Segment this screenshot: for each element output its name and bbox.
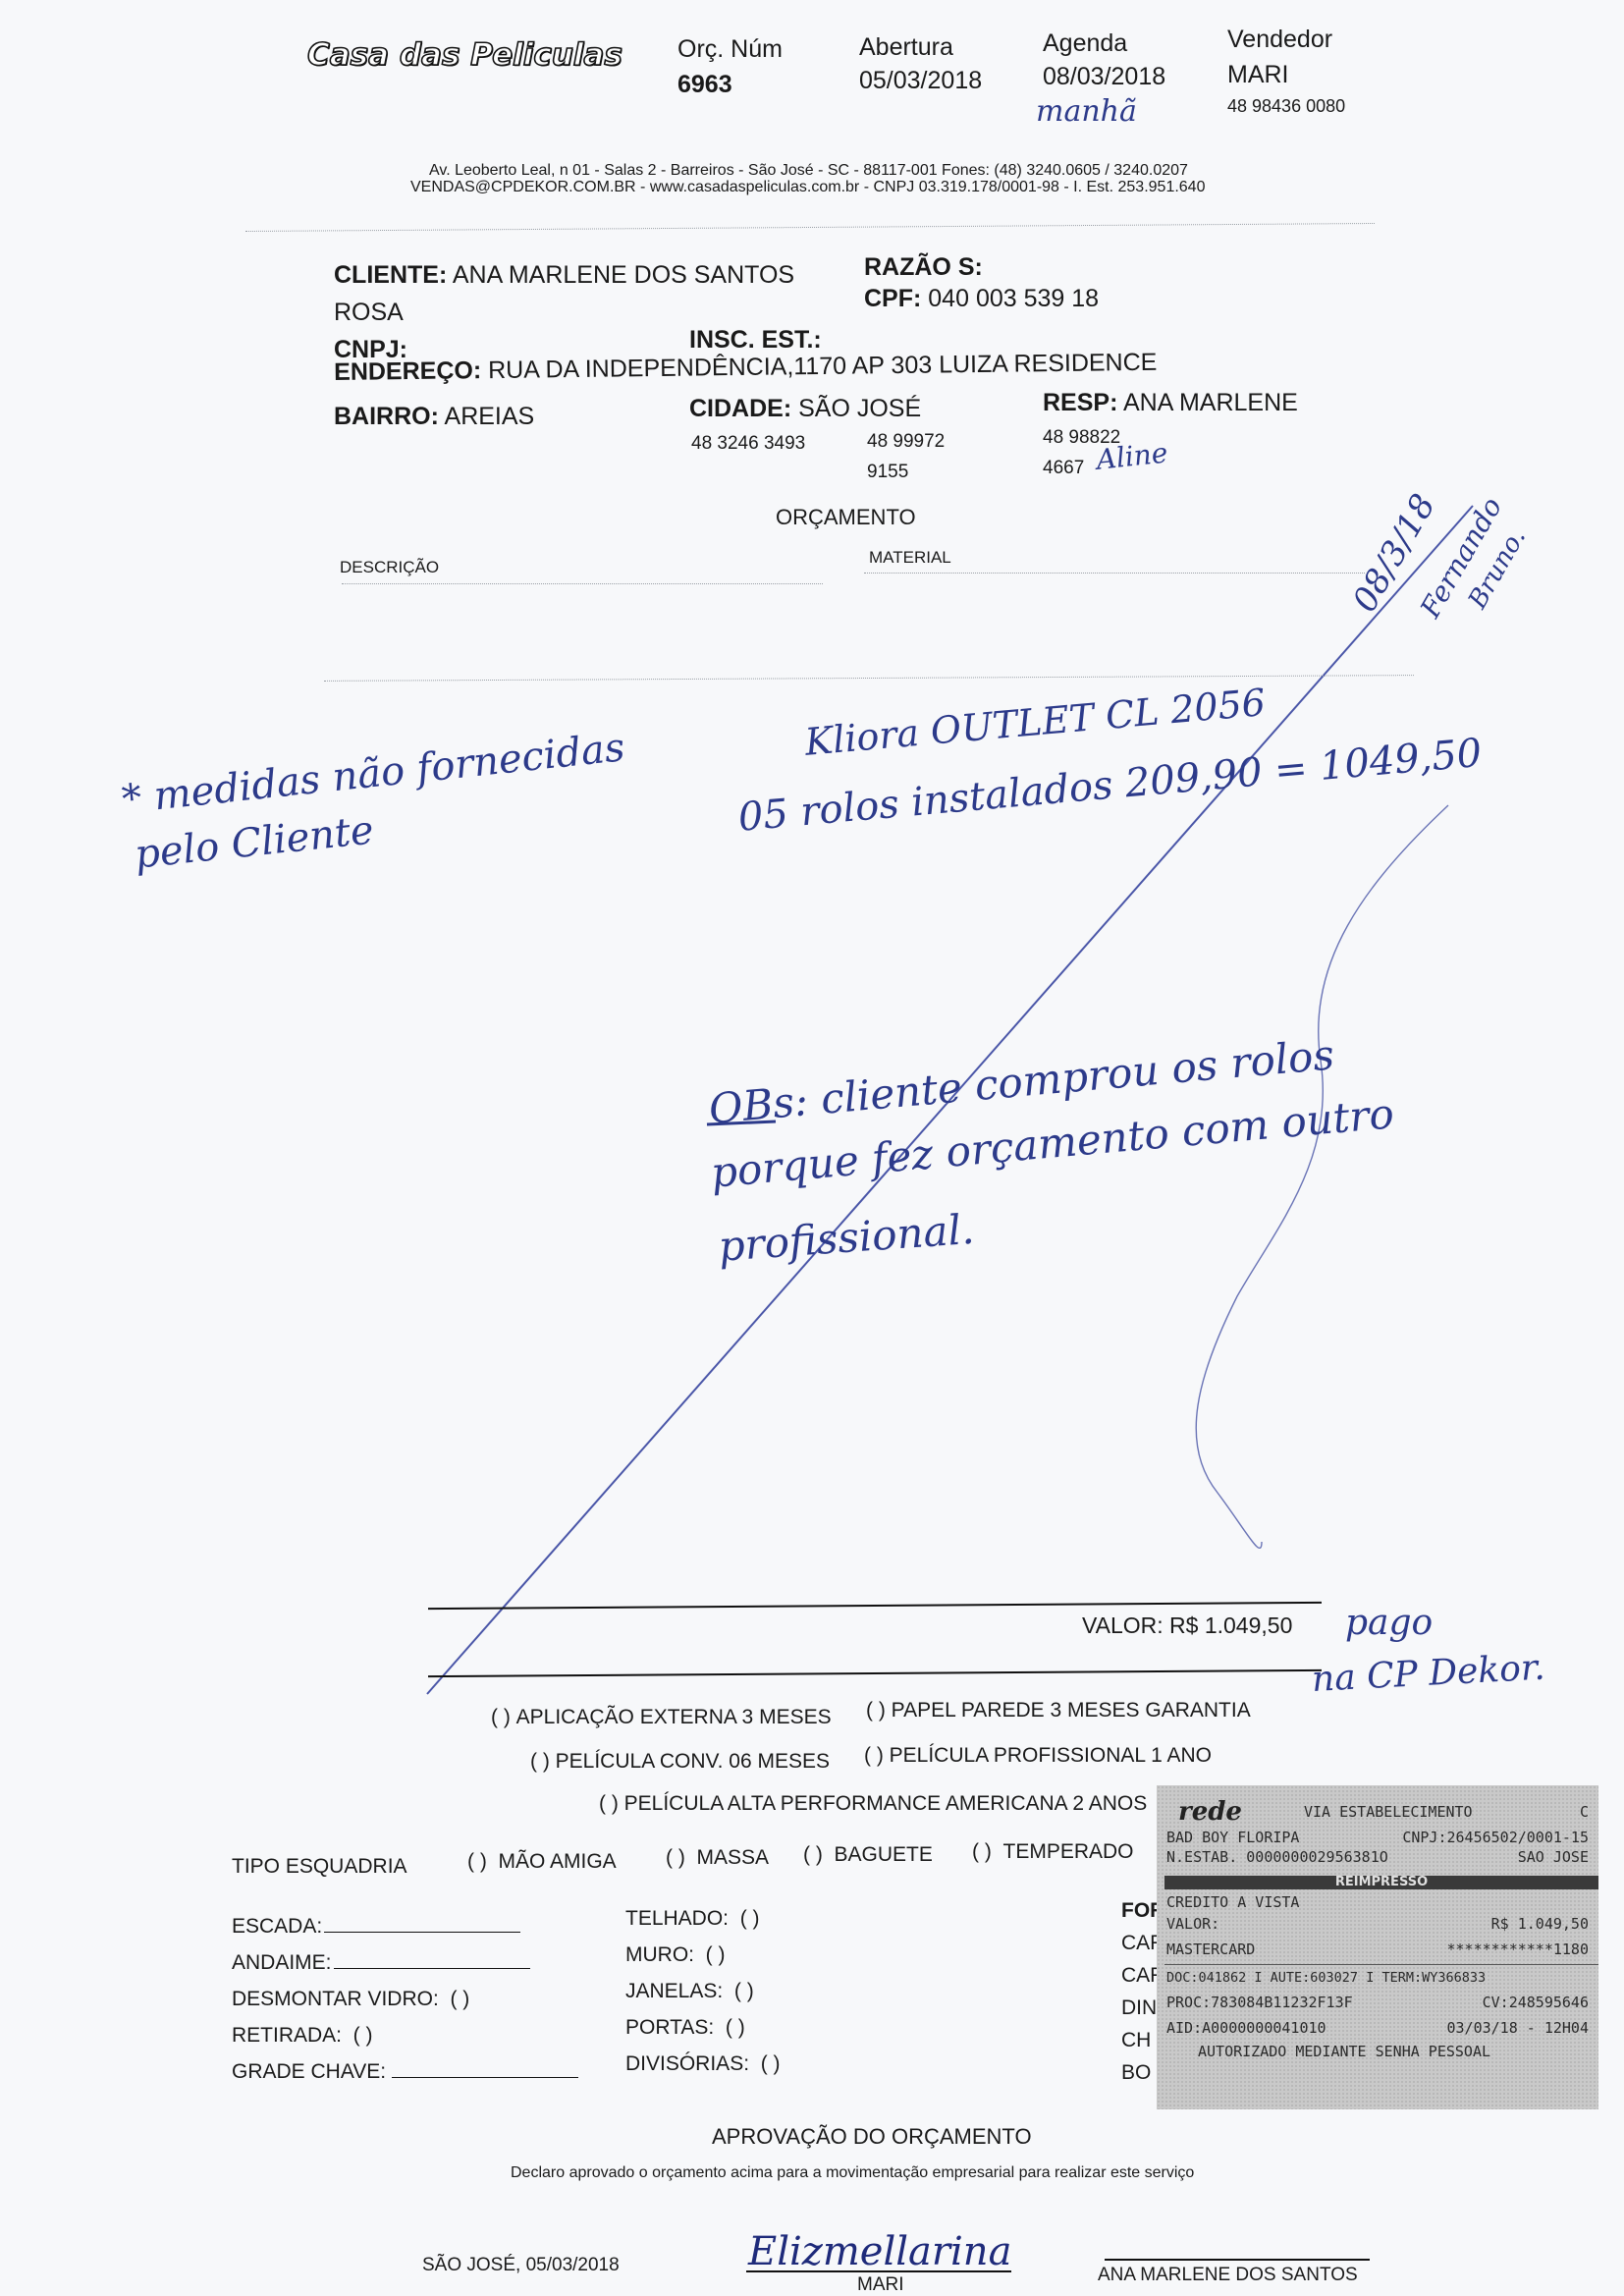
company-address: Av. Leoberto Leal, n 01 - Salas 2 - Barr… [429,162,1188,180]
extra-andaime[interactable]: ANDAIME: [232,1951,530,1975]
resp-label: RESP: [1043,389,1117,416]
razao-label: RAZÃO S: [864,253,983,281]
extra-portas[interactable]: PORTAS: ( ) [625,2016,745,2040]
card-receipt: rede VIA ESTABELECIMENTO C BAD BOY FLORI… [1157,1785,1598,2109]
extra-retirada[interactable]: RETIRADA: ( ) [232,2024,373,2048]
seller-signature: Elizmellarina [748,2229,1011,2274]
client-name: ANA MARLENE DOS SANTOS [1098,2265,1358,2286]
budget-title: ORÇAMENTO [776,505,916,530]
valor-top-rule [428,1602,1322,1610]
valor-bottom-rule [428,1669,1322,1677]
orc-num-value: 6963 [677,71,732,99]
esquadria-option-massa[interactable]: ( ) MASSA [666,1846,769,1870]
valor-value: R$ 1.049,50 [1169,1613,1292,1638]
extra-escada[interactable]: ESCADA: [232,1915,520,1939]
cpf-value: 040 003 539 18 [928,285,1099,312]
phone-2-line2: 9155 [867,462,908,483]
cliente-label: CLIENTE: [334,261,447,289]
descricao-rule [342,583,823,584]
approval-title: APROVAÇÃO DO ORÇAMENTO [712,2124,1032,2150]
endereco-field: ENDEREÇO: RUA DA INDEPENDÊNCIA,1170 AP 3… [334,349,1158,387]
handwritten-product: Kliora OUTLET CL 2056 [803,681,1268,764]
agenda-handwritten-note: manhã [1036,94,1137,129]
receipt-datetime: 03/03/18 - 12H04 [1447,2019,1590,2037]
abertura-value: 05/03/2018 [859,67,982,95]
handwritten-paid-note: pago [1345,1603,1433,1643]
receipt-city: SAO JOSE [1518,1848,1589,1866]
payment-option-boleto: BO [1121,2061,1151,2085]
vendedor-phone: 48 98436 0080 [1227,96,1345,117]
receipt-card-brand: MASTERCARD [1166,1941,1255,1958]
receipt-aid: AID:A0000000041010 [1166,2019,1326,2037]
receipt-cv: CV:248595646 [1483,1994,1589,2011]
receipt-version-mark: C [1580,1803,1589,1821]
seller-name: MARI [857,2274,904,2296]
receipt-doc-line: DOC:041862 I AUTE:603027 I TERM:WY366833 [1166,1970,1486,1986]
abertura-label: Abertura [859,33,953,62]
resp-value: ANA MARLENE [1123,389,1298,416]
handwritten-note-measures-2: pelo Cliente [133,807,376,877]
extra-janelas[interactable]: JANELAS: ( ) [625,1980,754,2003]
valor-label: VALOR: [1082,1613,1164,1638]
endereco-label: ENDEREÇO: [334,356,481,386]
phone-2-line1: 48 99972 [867,431,945,453]
handwritten-note-measures: * medidas não fornecidas [120,725,626,823]
approval-place-date: SÃO JOSÉ, 05/03/2018 [422,2255,620,2276]
company-contact: VENDAS@CPDEKOR.COM.BR - www.casadaspelic… [410,179,1205,196]
extra-desmontar-vidro[interactable]: DESMONTAR VIDRO: ( ) [232,1988,469,2011]
receipt-reprint-banner: REIMPRESSO [1164,1876,1598,1889]
handwritten-obs-3: profissional. [717,1205,976,1271]
cliente-value: ANA MARLENE DOS SANTOS [453,261,794,289]
bairro-field: BAIRRO: AREIAS [334,403,534,431]
cliente-field: CLIENTE: ANA MARLENE DOS SANTOS [334,261,794,290]
cpf-label: CPF: [864,285,921,312]
extra-divisorias[interactable]: DIVISÓRIAS: ( ) [625,2052,781,2076]
receipt-via: VIA ESTABELECIMENTO [1304,1803,1473,1821]
orc-num-label: Orç. Núm [677,35,783,64]
phone-3-handwritten-name: Aline [1095,436,1169,475]
warranty-option-pelicula-alta-performance[interactable]: ( ) PELÍCULA ALTA PERFORMANCE AMERICANA … [599,1792,1147,1816]
bairro-label: BAIRRO: [334,403,439,430]
receipt-valor-value: R$ 1.049,50 [1491,1915,1589,1933]
agenda-value: 08/03/2018 [1043,63,1165,91]
esquadria-option-baguete[interactable]: ( ) BAGUETE [803,1843,933,1867]
warranty-option-pelicula-profissional[interactable]: ( ) PELÍCULA PROFISSIONAL 1 ANO [864,1744,1212,1768]
esquadria-option-temperado[interactable]: ( ) TEMPERADO [972,1840,1134,1864]
receipt-mode: CREDITO A VISTA [1166,1893,1299,1911]
resp-field: RESP: ANA MARLENE [1043,389,1298,417]
warranty-option-aplicacao-externa[interactable]: ( ) APLICAÇÃO EXTERNA 3 MESES [491,1706,832,1729]
extra-telhado[interactable]: TELHADO: ( ) [625,1907,760,1931]
receipt-valor-label: VALOR: [1166,1915,1219,1933]
endereco-value: RUA DA INDEPENDÊNCIA,1170 AP 303 LUIZA R… [488,349,1158,384]
insc-est-field: INSC. EST.: [689,326,822,355]
handwritten-paid-where: na CP Dekor. [1311,1648,1545,1700]
company-logo: Casa das Peliculas [307,37,623,73]
receipt-cnpj: CNPJ:26456502/0001-15 [1402,1829,1589,1846]
material-label: MATERIAL [869,548,951,568]
receipt-estab: N.ESTAB. 000000002956381O [1166,1848,1388,1866]
esquadria-label: TIPO ESQUADRIA [232,1855,407,1879]
wavy-stroke [1196,805,1448,1548]
vendedor-label: Vendedor [1227,26,1332,54]
material-rule [864,573,1365,574]
seller-signature-line [746,2270,1011,2272]
razao-field: RAZÃO S: [864,253,983,282]
approval-declaration: Declaro aprovado o orçamento acima para … [511,2164,1194,2182]
extra-grade-chave[interactable]: GRADE CHAVE: [232,2060,578,2084]
valor-field: VALOR: R$ 1.049,50 [1082,1613,1292,1639]
client-signature-line [1105,2259,1370,2261]
esquadria-option-mao-amiga[interactable]: ( ) MÃO AMIGA [467,1850,617,1874]
receipt-proc: PROC:783084B11232F13F [1166,1994,1353,2011]
payment-option-dinheiro: DIN [1121,1996,1157,2020]
payment-option-cheque: CH [1121,2029,1151,2052]
extra-muro[interactable]: MURO: ( ) [625,1943,726,1967]
receipt-merchant: BAD BOY FLORIPA [1166,1829,1299,1846]
items-bottom-rule [324,675,1414,682]
receipt-brand-logo: rede [1178,1797,1242,1827]
phone-1: 48 3246 3493 [691,433,805,455]
cidade-value: SÃO JOSÉ [798,395,921,422]
descricao-label: DESCRIÇÃO [340,558,439,577]
bairro-value: AREIAS [445,403,535,430]
phone-3-line2: 4667 [1043,458,1084,479]
agenda-label: Agenda [1043,29,1127,58]
cliente-value-line2: ROSA [334,299,404,327]
cidade-field: CIDADE: SÃO JOSÉ [689,395,921,423]
receipt-footer: AUTORIZADO MEDIANTE SENHA PESSOAL [1198,2043,1490,2060]
warranty-option-pelicula-conv[interactable]: ( ) PELÍCULA CONV. 06 MESES [530,1750,830,1774]
warranty-option-papel-parede[interactable]: ( ) PAPEL PAREDE 3 MESES GARANTIA [866,1699,1251,1722]
receipt-card-masked: ************1180 [1447,1941,1590,1958]
vendedor-value: MARI [1227,61,1289,89]
insc-est-label: INSC. EST.: [689,326,822,354]
header-divider [245,223,1375,232]
cpf-field: CPF: 040 003 539 18 [864,285,1099,313]
cidade-label: CIDADE: [689,395,791,422]
